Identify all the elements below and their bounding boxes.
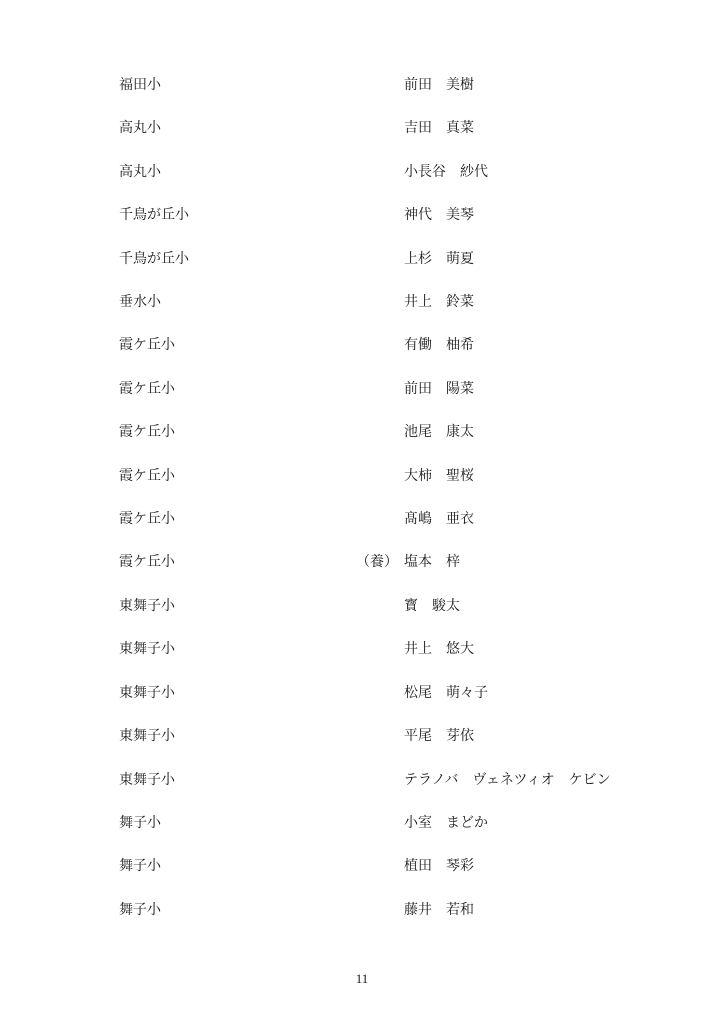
student-name: 平尾 芽依 [404, 729, 474, 745]
student-name: 井上 鈴菜 [404, 295, 474, 311]
student-name: 小長谷 紗代 [404, 165, 488, 181]
roster-row: 東舞子小 井上 悠大 [0, 642, 724, 685]
roster-row: 霞ケ丘小 大柿 聖桜 [0, 469, 724, 512]
school-name: 東舞子小 [119, 729, 175, 745]
student-name: 神代 美琴 [404, 208, 474, 224]
school-name: 舞子小 [119, 903, 161, 919]
student-name: 井上 悠大 [404, 642, 474, 658]
roster-row: 東舞子小 寳 駿太 [0, 599, 724, 642]
student-name: 松尾 萌々子 [404, 686, 488, 702]
student-name: 大柿 聖桜 [404, 469, 474, 485]
roster-row: 霞ケ丘小 （養） 塩本 梓 [0, 555, 724, 598]
school-name: 千鳥が丘小 [119, 252, 189, 268]
school-name: 霞ケ丘小 [119, 425, 175, 441]
student-name: 藤井 若和 [404, 903, 474, 919]
roster-row: 舞子小 藤井 若和 [0, 903, 724, 946]
student-name: 吉田 真菜 [404, 121, 474, 137]
school-name: 高丸小 [119, 121, 161, 137]
student-name: 塩本 梓 [404, 555, 460, 571]
school-name: 垂水小 [119, 295, 161, 311]
student-name: 前田 陽菜 [404, 382, 474, 398]
roster-row: 千鳥が丘小 上杉 萌夏 [0, 252, 724, 295]
document-page: 福田小 前田 美樹 高丸小 吉田 真菜 高丸小 小長谷 紗代 千鳥が丘小 神代 … [0, 0, 724, 1024]
roster-row: 東舞子小 平尾 芽依 [0, 729, 724, 772]
school-name: 霞ケ丘小 [119, 382, 175, 398]
roster-row: 舞子小 植田 琴彩 [0, 859, 724, 902]
roster-row: 霞ケ丘小 髙嶋 亜衣 [0, 512, 724, 555]
school-name: 千鳥が丘小 [119, 208, 189, 224]
student-name: 前田 美樹 [404, 78, 474, 94]
school-name: 高丸小 [119, 165, 161, 181]
roster-row: 東舞子小 松尾 萌々子 [0, 686, 724, 729]
roster-row: 垂水小 井上 鈴菜 [0, 295, 724, 338]
roster-row: 福田小 前田 美樹 [0, 78, 724, 121]
roster-row: 高丸小 小長谷 紗代 [0, 165, 724, 208]
student-name: 髙嶋 亜衣 [404, 512, 474, 528]
roster-row: 高丸小 吉田 真菜 [0, 121, 724, 164]
roster-row: 霞ケ丘小 有働 柚希 [0, 338, 724, 381]
roster-row: 千鳥が丘小 神代 美琴 [0, 208, 724, 251]
school-name: 霞ケ丘小 [119, 338, 175, 354]
school-name: 東舞子小 [119, 686, 175, 702]
school-name: 霞ケ丘小 [119, 512, 175, 528]
roster-row: 舞子小 小室 まどか [0, 816, 724, 859]
school-name: 霞ケ丘小 [119, 555, 175, 571]
student-name: 上杉 萌夏 [404, 252, 474, 268]
school-name: 舞子小 [119, 859, 161, 875]
student-name: 池尾 康太 [404, 425, 474, 441]
student-name: 有働 柚希 [404, 338, 474, 354]
school-name: 舞子小 [119, 816, 161, 832]
school-name: 霞ケ丘小 [119, 469, 175, 485]
school-name: 東舞子小 [119, 773, 175, 789]
roster-row: 霞ケ丘小 前田 陽菜 [0, 382, 724, 425]
student-name: 小室 まどか [404, 816, 488, 832]
roster-row: 霞ケ丘小 池尾 康太 [0, 425, 724, 468]
roster-row: 東舞子小 テラノバ ヴェネツィオ ケビン [0, 773, 724, 816]
page-number: 11 [0, 971, 724, 986]
school-name: 福田小 [119, 78, 161, 94]
guardian-prefix: （養） [356, 555, 398, 571]
student-name: 寳 駿太 [404, 599, 460, 615]
roster-list: 福田小 前田 美樹 高丸小 吉田 真菜 高丸小 小長谷 紗代 千鳥が丘小 神代 … [0, 78, 724, 946]
school-name: 東舞子小 [119, 599, 175, 615]
school-name: 東舞子小 [119, 642, 175, 658]
student-name: 植田 琴彩 [404, 859, 474, 875]
student-name: テラノバ ヴェネツィオ ケビン [404, 773, 611, 789]
